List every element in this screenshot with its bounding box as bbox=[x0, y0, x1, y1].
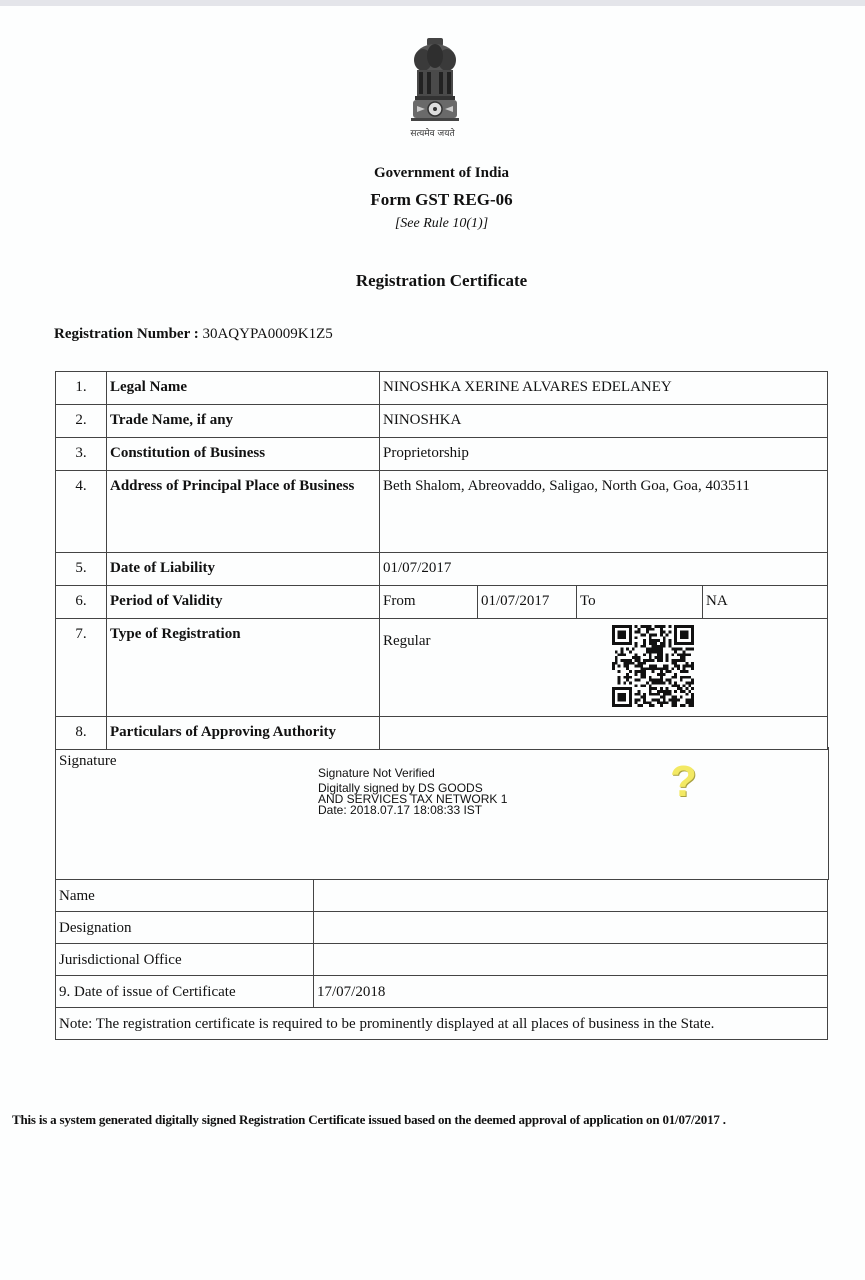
certificate-title: Registration Certificate bbox=[0, 271, 865, 291]
national-emblem-icon bbox=[405, 36, 465, 126]
row-label: Trade Name, if any bbox=[107, 405, 380, 438]
authority-name-label: Name bbox=[56, 880, 314, 912]
row-label: Type of Registration bbox=[107, 619, 380, 717]
row-number: 3. bbox=[56, 438, 107, 471]
table-row: 1. Legal Name NINOSHKA XERINE ALVARES ED… bbox=[56, 372, 828, 405]
row-label: Particulars of Approving Authority bbox=[107, 717, 380, 750]
validity-from-label: From bbox=[380, 586, 478, 619]
jurisdictional-office-value bbox=[314, 944, 828, 976]
rule-reference: [See Rule 10(1)] bbox=[0, 216, 865, 232]
registration-details-table: 1. Legal Name NINOSHKA XERINE ALVARES ED… bbox=[55, 371, 828, 750]
signature-status: Signature Not Verified bbox=[318, 768, 507, 779]
signature-section: Signature ? Signature Not Verified Digit… bbox=[55, 747, 829, 880]
table-row: Note: The registration certificate is re… bbox=[56, 1008, 828, 1040]
national-motto: सत्यमेव जयते bbox=[0, 126, 865, 139]
viewer-top-bar bbox=[0, 0, 865, 6]
table-row: 4. Address of Principal Place of Busines… bbox=[56, 471, 828, 553]
validity-to-label: To bbox=[577, 586, 703, 619]
table-row: 3. Constitution of Business Proprietorsh… bbox=[56, 438, 828, 471]
authority-name-value bbox=[314, 880, 828, 912]
row-number: 7. bbox=[56, 619, 107, 717]
form-number: Form GST REG-06 bbox=[0, 190, 865, 210]
row-number: 2. bbox=[56, 405, 107, 438]
registration-number-value: 30AQYPA0009K1Z5 bbox=[202, 326, 332, 342]
government-heading: Government of India bbox=[0, 165, 865, 182]
display-note: Note: The registration certificate is re… bbox=[56, 1008, 828, 1040]
table-row: 7. Type of Registration Regular bbox=[56, 619, 828, 717]
legal-name-value: NINOSHKA XERINE ALVARES EDELANEY bbox=[380, 372, 828, 405]
row-label: Constitution of Business bbox=[107, 438, 380, 471]
row-label: Date of Liability bbox=[107, 553, 380, 586]
authority-table: Name Designation Jurisdictional Office 9… bbox=[55, 879, 828, 1040]
row-number: 5. bbox=[56, 553, 107, 586]
address-value: Beth Shalom, Abreovaddo, Saligao, North … bbox=[380, 471, 828, 553]
table-row: 8. Particulars of Approving Authority bbox=[56, 717, 828, 750]
table-row: Jurisdictional Office bbox=[56, 944, 828, 976]
registration-type-value: Regular bbox=[380, 619, 828, 717]
row-label: Period of Validity bbox=[107, 586, 380, 619]
authority-designation-label: Designation bbox=[56, 912, 314, 944]
jurisdictional-office-label: Jurisdictional Office bbox=[56, 944, 314, 976]
constitution-value: Proprietorship bbox=[380, 438, 828, 471]
table-row: 9. Date of issue of Certificate 17/07/20… bbox=[56, 976, 828, 1008]
registration-number-line: Registration Number : 30AQYPA0009K1Z5 bbox=[54, 326, 333, 343]
table-row: 5. Date of Liability 01/07/2017 bbox=[56, 553, 828, 586]
issue-date-label: 9. Date of issue of Certificate bbox=[56, 976, 314, 1008]
row-number: 6. bbox=[56, 586, 107, 619]
registration-number-label: Registration Number : bbox=[54, 326, 199, 342]
row-label: Address of Principal Place of Business bbox=[107, 471, 380, 553]
table-row: Designation bbox=[56, 912, 828, 944]
system-generated-footer: This is a system generated digitally sig… bbox=[12, 1112, 726, 1128]
validity-from-value: 01/07/2017 bbox=[478, 586, 577, 619]
table-row: Name bbox=[56, 880, 828, 912]
validity-to-value: NA bbox=[703, 586, 828, 619]
approving-authority-value bbox=[380, 717, 828, 750]
qr-code-icon bbox=[611, 625, 695, 707]
authority-designation-value bbox=[314, 912, 828, 944]
row-number: 1. bbox=[56, 372, 107, 405]
signature-label: Signature bbox=[59, 753, 117, 770]
row-label: Legal Name bbox=[107, 372, 380, 405]
issue-date-value: 17/07/2018 bbox=[314, 976, 828, 1008]
digital-signature-stamp: ? Signature Not Verified Digitally signe… bbox=[318, 768, 507, 816]
table-row: 2. Trade Name, if any NINOSHKA bbox=[56, 405, 828, 438]
table-row: 6. Period of Validity From 01/07/2017 To… bbox=[56, 586, 828, 619]
row-number: 8. bbox=[56, 717, 107, 750]
date-of-liability-value: 01/07/2017 bbox=[380, 553, 828, 586]
signature-date: Date: 2018.07.17 18:08:33 IST bbox=[318, 805, 507, 816]
trade-name-value: NINOSHKA bbox=[380, 405, 828, 438]
row-number: 4. bbox=[56, 471, 107, 553]
question-mark-icon: ? bbox=[670, 776, 697, 787]
